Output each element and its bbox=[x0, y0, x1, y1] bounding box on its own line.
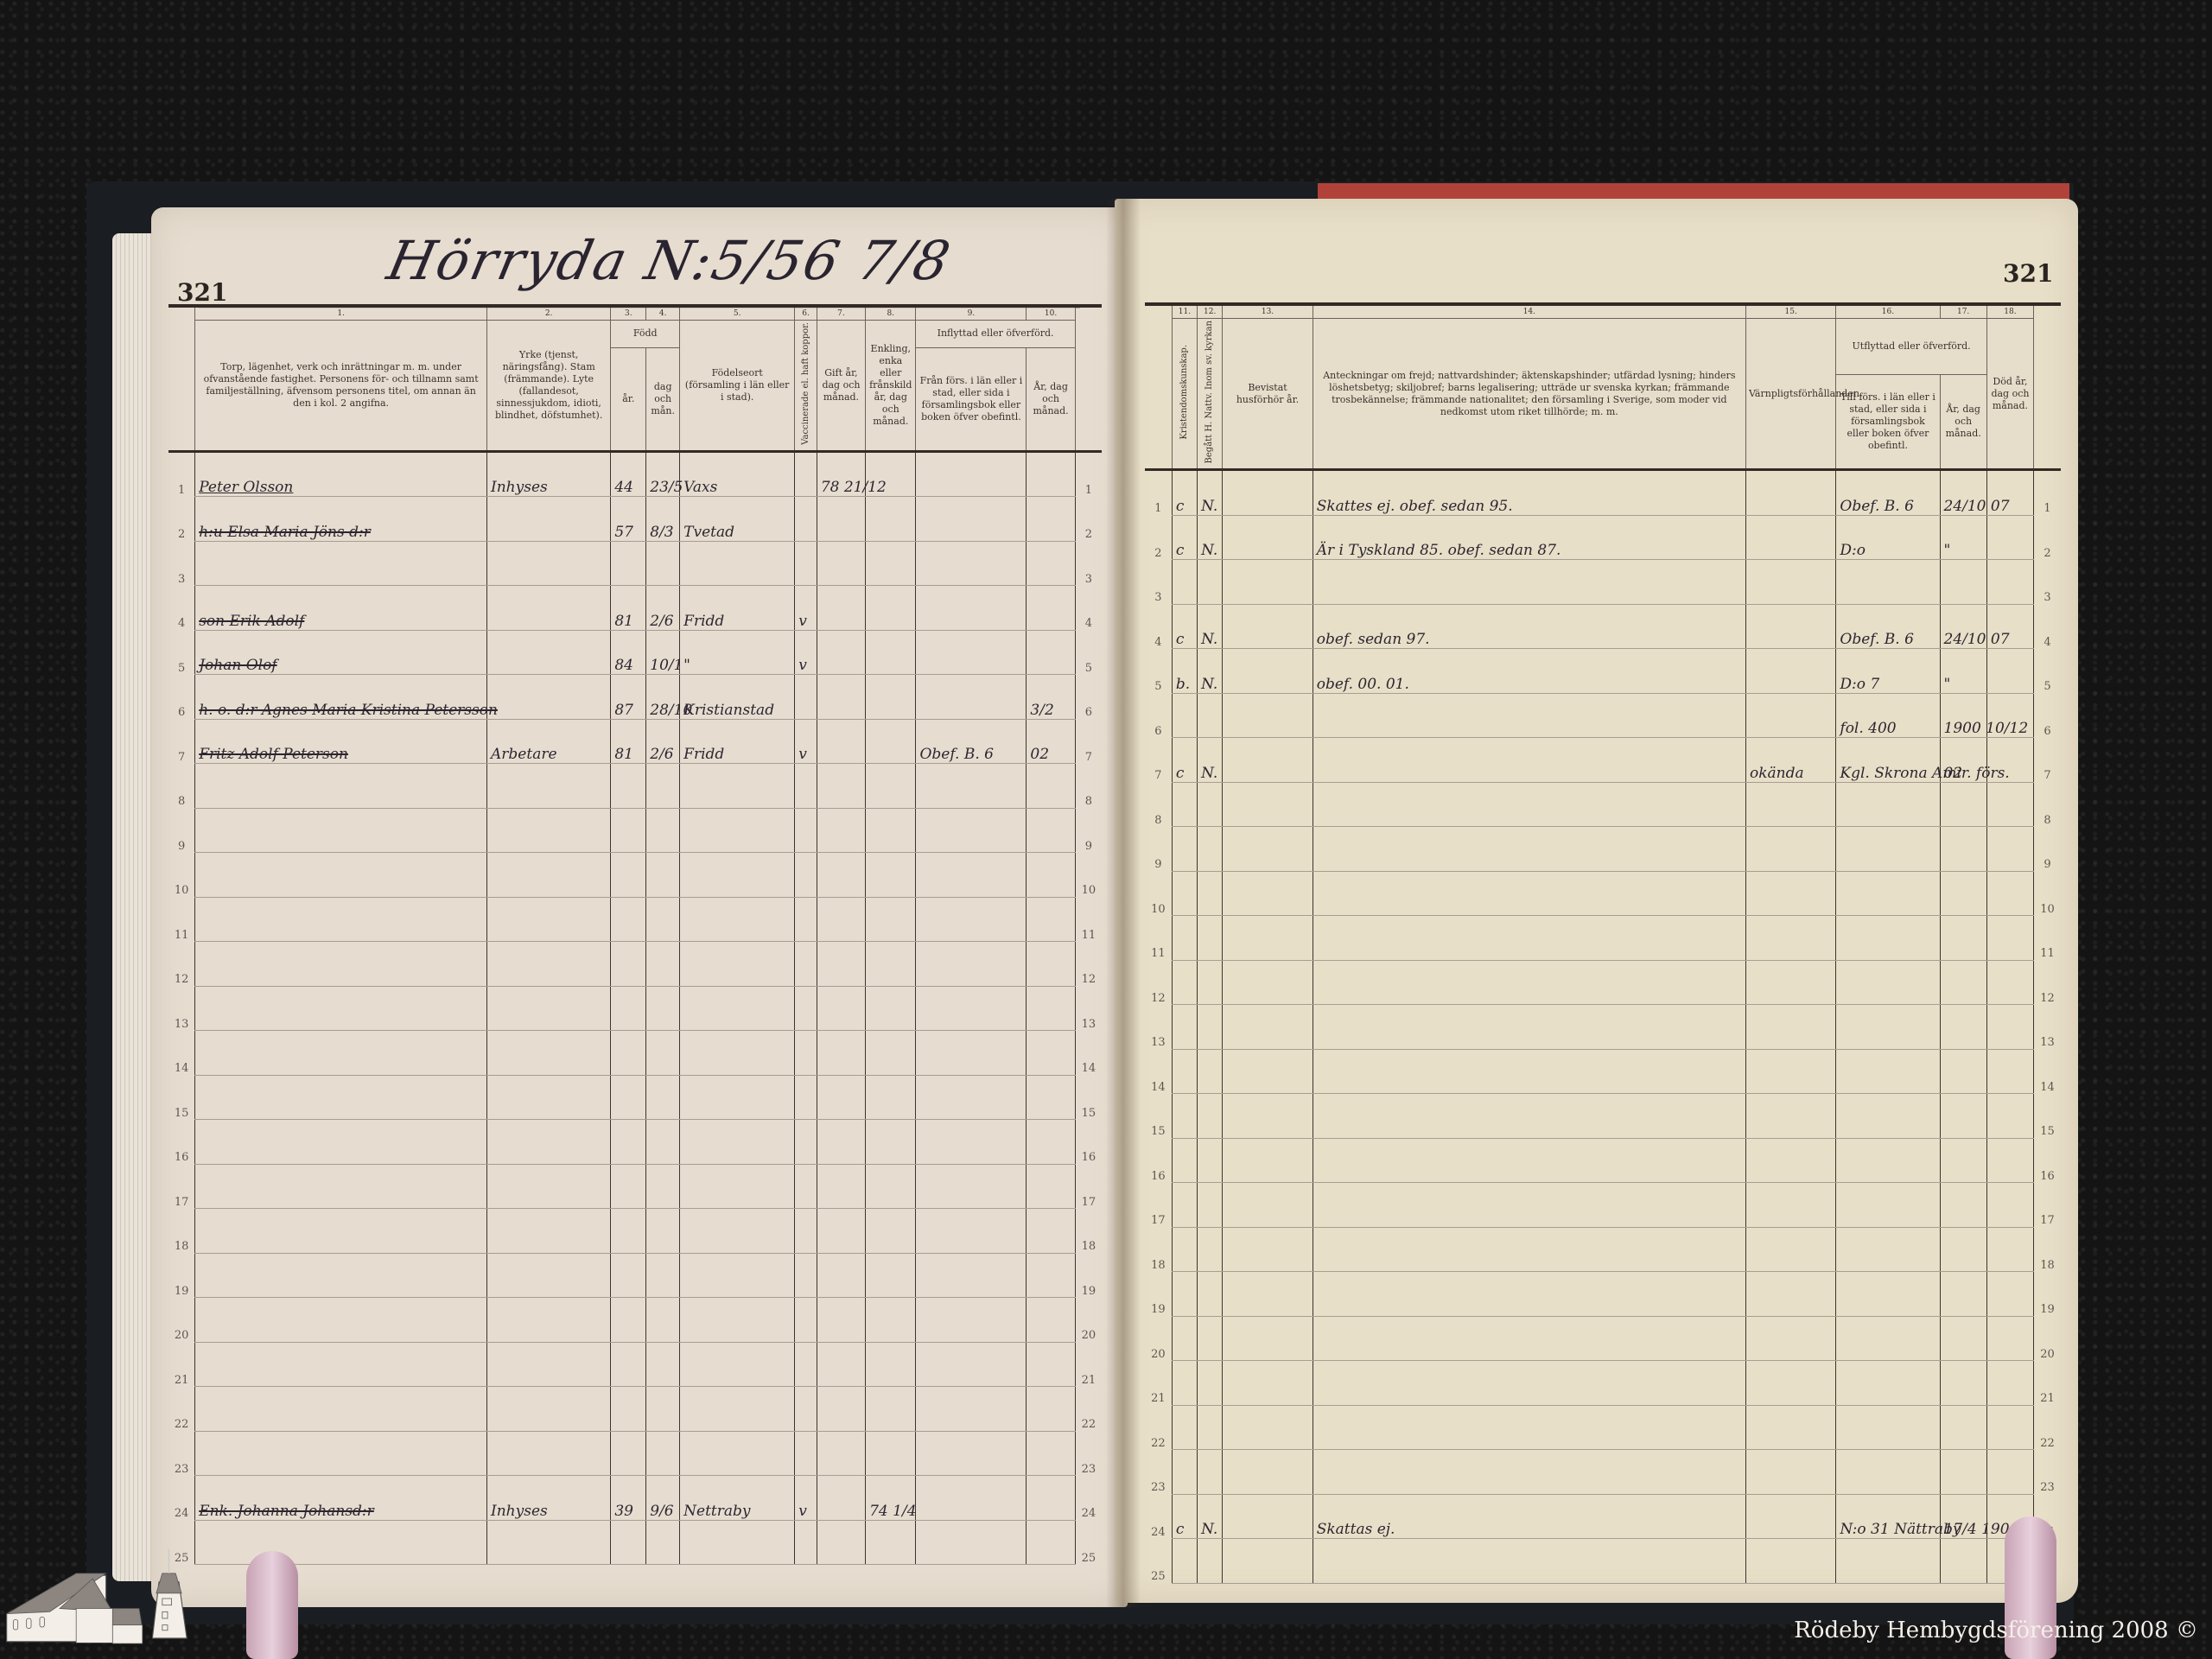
row-number: 16 bbox=[168, 1120, 195, 1165]
cell-notes bbox=[1313, 827, 1745, 872]
cell-occupation: Arbetare bbox=[487, 719, 611, 764]
row-number: 20 bbox=[1075, 1298, 1102, 1343]
cell-died bbox=[1986, 1361, 2033, 1406]
cell-notes: Skattas ej. bbox=[1313, 1494, 1745, 1539]
cell-notes bbox=[1313, 916, 1745, 961]
cell-nattv bbox=[1198, 871, 1223, 916]
cell-varnp: okända bbox=[1745, 738, 1835, 783]
cell-widowed bbox=[866, 1209, 916, 1254]
cell-vacc bbox=[795, 897, 817, 942]
row-number: 19 bbox=[1145, 1272, 1172, 1317]
col-num-9: 9. bbox=[916, 306, 1027, 321]
cell-varnp bbox=[1745, 871, 1835, 916]
cell-husf bbox=[1223, 1361, 1313, 1406]
table-row: 1717 bbox=[1145, 1183, 2061, 1228]
header-notes: Anteckningar om frejd; nattvardshinder; … bbox=[1313, 319, 1745, 470]
cell-birthplace: " bbox=[680, 630, 795, 675]
table-row: 1717 bbox=[168, 1164, 1102, 1209]
col-num-4: 4. bbox=[646, 306, 680, 321]
cell-to: D:o 7 bbox=[1836, 649, 1940, 694]
cell-varnp bbox=[1745, 1539, 1835, 1584]
row-number: 15 bbox=[2034, 1094, 2061, 1139]
cell-birthplace bbox=[680, 1298, 795, 1343]
cell-nattv bbox=[1198, 1005, 1223, 1050]
header-from-parish: Från förs. i län eller i stad, eller sid… bbox=[916, 347, 1027, 451]
cell-name bbox=[195, 808, 487, 853]
cell-to: Kgl. Skrona Amir. förs. bbox=[1836, 738, 1940, 783]
row-number: 1 bbox=[1075, 451, 1102, 497]
cell-date bbox=[1027, 853, 1075, 898]
cell-daymonth: 23/5 bbox=[646, 451, 680, 497]
cell-vacc bbox=[795, 1120, 817, 1165]
cell-occupation bbox=[487, 1298, 611, 1343]
row-number: 6 bbox=[1075, 675, 1102, 720]
cell-daymonth bbox=[646, 1031, 680, 1076]
cell-died bbox=[1986, 871, 2033, 916]
header-widowed: Enkling, enka eller frånskild år, dag oc… bbox=[866, 321, 916, 452]
header-birthplace: Födelseort (församling i län eller i sta… bbox=[680, 321, 795, 452]
cell-date: 24/10 07 bbox=[1940, 470, 1986, 516]
cell-notes bbox=[1313, 1005, 1745, 1050]
cell-husf bbox=[1223, 1405, 1313, 1450]
col-num-10: 10. bbox=[1027, 306, 1075, 321]
cell-year bbox=[611, 1342, 646, 1387]
row-number: 12 bbox=[168, 942, 195, 987]
cell-nattv bbox=[1198, 1272, 1223, 1317]
cell-krist: c bbox=[1172, 515, 1197, 560]
cell-varnp bbox=[1745, 470, 1835, 516]
row-number: 1 bbox=[1145, 470, 1172, 516]
cell-name: son Erik Adolf bbox=[195, 586, 487, 631]
cell-occupation bbox=[487, 630, 611, 675]
table-row: 99 bbox=[1145, 827, 2061, 872]
table-row: 6h. o. d:r Agnes Maria Kristina Petersso… bbox=[168, 675, 1102, 720]
cell-krist bbox=[1172, 1227, 1197, 1272]
row-number: 6 bbox=[168, 675, 195, 720]
cell-krist: c bbox=[1172, 470, 1197, 516]
col-num-17: 17. bbox=[1940, 304, 1986, 319]
table-row: 5Johan Olof8410/1"v5 bbox=[168, 630, 1102, 675]
cell-date bbox=[1027, 1031, 1075, 1076]
header-out-date: År, dag och månad. bbox=[1940, 375, 1986, 470]
table-row: 33 bbox=[168, 541, 1102, 586]
cell-year bbox=[611, 853, 646, 898]
cell-occupation: Inhyses bbox=[487, 451, 611, 497]
cell-varnp bbox=[1745, 1450, 1835, 1495]
row-number: 12 bbox=[1075, 942, 1102, 987]
cell-vacc bbox=[795, 1431, 817, 1476]
cell-date bbox=[1027, 1387, 1075, 1432]
table-row: 6fol. 4001900 10/126 bbox=[1145, 693, 2061, 738]
cell-krist bbox=[1172, 1049, 1197, 1094]
cell-date: " bbox=[1940, 649, 1986, 694]
cell-to bbox=[1836, 1272, 1940, 1317]
cell-married bbox=[817, 1075, 865, 1120]
cell-date bbox=[1027, 1342, 1075, 1387]
cell-date bbox=[1027, 630, 1075, 675]
col-num-15: 15. bbox=[1745, 304, 1835, 319]
cell-married bbox=[817, 630, 865, 675]
cell-died bbox=[1986, 1450, 2033, 1495]
cell-to: N:o 31 Nättraby bbox=[1836, 1494, 1940, 1539]
row-number: 17 bbox=[1145, 1183, 1172, 1228]
cell-vacc bbox=[795, 1387, 817, 1432]
cell-vacc bbox=[795, 1298, 817, 1343]
cell-vacc bbox=[795, 497, 817, 542]
table-row: 1818 bbox=[168, 1209, 1102, 1254]
cell-notes bbox=[1313, 782, 1745, 827]
cell-nattv bbox=[1198, 1450, 1223, 1495]
cell-date bbox=[1027, 1431, 1075, 1476]
cell-daymonth bbox=[646, 1520, 680, 1565]
cell-daymonth bbox=[646, 897, 680, 942]
cell-notes bbox=[1313, 1316, 1745, 1361]
row-number: 22 bbox=[1075, 1387, 1102, 1432]
cell-occupation bbox=[487, 897, 611, 942]
page-number-right: 321 bbox=[2003, 259, 2053, 288]
row-number: 16 bbox=[2034, 1138, 2061, 1183]
cell-varnp bbox=[1745, 1183, 1835, 1228]
cell-widowed bbox=[866, 586, 916, 631]
table-row: 24Enk. Johanna Johansd:rInhyses399/6Nett… bbox=[168, 1476, 1102, 1521]
cell-vacc bbox=[795, 1342, 817, 1387]
cell-husf bbox=[1223, 1450, 1313, 1495]
cell-to bbox=[1836, 916, 1940, 961]
cell-krist bbox=[1172, 693, 1197, 738]
cell-birthplace: Kristianstad bbox=[680, 675, 795, 720]
cell-date bbox=[1027, 1253, 1075, 1298]
row-number: 5 bbox=[1075, 630, 1102, 675]
cell-year bbox=[611, 1520, 646, 1565]
row-number: 25 bbox=[1145, 1539, 1172, 1584]
cell-year bbox=[611, 1387, 646, 1432]
cell-vacc bbox=[795, 808, 817, 853]
cell-from bbox=[916, 541, 1027, 586]
table-row: 1313 bbox=[1145, 1005, 2061, 1050]
cell-notes: Är i Tyskland 85. obef. sedan 87. bbox=[1313, 515, 1745, 560]
farm-title: Hörryda N:5/56 7/8 bbox=[382, 229, 957, 292]
table-row: 88 bbox=[168, 764, 1102, 809]
cell-died bbox=[1986, 960, 2033, 1005]
cell-nattv bbox=[1198, 1316, 1223, 1361]
row-number: 11 bbox=[1075, 897, 1102, 942]
cell-year bbox=[611, 1298, 646, 1343]
cell-to bbox=[1836, 1049, 1940, 1094]
cell-birthplace bbox=[680, 1164, 795, 1209]
row-number: 19 bbox=[168, 1253, 195, 1298]
cell-husf bbox=[1223, 604, 1313, 649]
cell-widowed bbox=[866, 675, 916, 720]
row-number: 13 bbox=[1145, 1005, 1172, 1050]
cell-varnp bbox=[1745, 827, 1835, 872]
cell-occupation bbox=[487, 1431, 611, 1476]
cell-date bbox=[1027, 451, 1075, 497]
cell-date bbox=[1940, 1094, 1986, 1139]
row-number: 5 bbox=[1145, 649, 1172, 694]
cell-krist bbox=[1172, 1361, 1197, 1406]
cell-birthplace bbox=[680, 541, 795, 586]
cell-married bbox=[817, 1520, 865, 1565]
cell-husf bbox=[1223, 738, 1313, 783]
cell-varnp bbox=[1745, 1049, 1835, 1094]
row-number: 12 bbox=[2034, 960, 2061, 1005]
cell-varnp bbox=[1745, 1272, 1835, 1317]
cell-husf bbox=[1223, 827, 1313, 872]
cell-date bbox=[1027, 1476, 1075, 1521]
cell-to bbox=[1836, 1005, 1940, 1050]
cell-date bbox=[1940, 827, 1986, 872]
cell-to bbox=[1836, 960, 1940, 1005]
cell-to bbox=[1836, 1405, 1940, 1450]
cell-from bbox=[916, 497, 1027, 542]
cell-vacc bbox=[795, 942, 817, 987]
row-number: 3 bbox=[1075, 541, 1102, 586]
cell-birthplace bbox=[680, 897, 795, 942]
cell-notes bbox=[1313, 1094, 1745, 1139]
cell-nattv bbox=[1198, 560, 1223, 605]
row-number: 18 bbox=[2034, 1227, 2061, 1272]
row-number: 13 bbox=[168, 986, 195, 1031]
header-communion: Begått H. Nattv. Inom sv. kyrkan bbox=[1204, 321, 1216, 463]
table-row: 88 bbox=[1145, 782, 2061, 827]
cell-from: Obef. B. 6 bbox=[916, 719, 1027, 764]
cell-date bbox=[1027, 1164, 1075, 1209]
cell-year: 44 bbox=[611, 451, 646, 497]
cell-widowed bbox=[866, 1387, 916, 1432]
cell-to bbox=[1836, 782, 1940, 827]
row-number: 12 bbox=[1145, 960, 1172, 1005]
cell-from bbox=[916, 1431, 1027, 1476]
cell-vacc: v bbox=[795, 719, 817, 764]
cell-nattv bbox=[1198, 1539, 1223, 1584]
cell-krist: c bbox=[1172, 1494, 1197, 1539]
cell-vacc bbox=[795, 853, 817, 898]
cell-to: D:o bbox=[1836, 515, 1940, 560]
cell-year: 84 bbox=[611, 630, 646, 675]
cell-nattv bbox=[1198, 960, 1223, 1005]
table-row: 1616 bbox=[168, 1120, 1102, 1165]
cell-date bbox=[1940, 871, 1986, 916]
cell-birthplace bbox=[680, 1031, 795, 1076]
cell-birthplace bbox=[680, 1075, 795, 1120]
cell-to bbox=[1836, 1183, 1940, 1228]
cell-krist bbox=[1172, 1138, 1197, 1183]
cell-daymonth bbox=[646, 1431, 680, 1476]
cell-date bbox=[1940, 782, 1986, 827]
cell-from bbox=[916, 764, 1027, 809]
cell-daymonth bbox=[646, 808, 680, 853]
cell-date bbox=[1027, 897, 1075, 942]
row-number: 20 bbox=[2034, 1316, 2061, 1361]
cell-daymonth: 9/6 bbox=[646, 1476, 680, 1521]
cell-krist bbox=[1172, 1316, 1197, 1361]
cell-varnp bbox=[1745, 782, 1835, 827]
cell-nattv bbox=[1198, 1094, 1223, 1139]
cell-varnp bbox=[1745, 649, 1835, 694]
cell-married bbox=[817, 1209, 865, 1254]
cell-varnp bbox=[1745, 1094, 1835, 1139]
cell-to: fol. 400 bbox=[1836, 693, 1940, 738]
cell-vacc bbox=[795, 675, 817, 720]
row-number: 14 bbox=[2034, 1049, 2061, 1094]
cell-birthplace bbox=[680, 1342, 795, 1387]
table-row: 1111 bbox=[1145, 916, 2061, 961]
cell-occupation bbox=[487, 586, 611, 631]
cell-krist bbox=[1172, 827, 1197, 872]
cell-year: 39 bbox=[611, 1476, 646, 1521]
cell-name bbox=[195, 764, 487, 809]
cell-husf bbox=[1223, 649, 1313, 694]
cell-birthplace bbox=[680, 1209, 795, 1254]
hand-finger-left bbox=[246, 1551, 298, 1659]
cell-year bbox=[611, 1120, 646, 1165]
cell-from bbox=[916, 451, 1027, 497]
cell-widowed bbox=[866, 1520, 916, 1565]
row-number: 9 bbox=[1075, 808, 1102, 853]
row-number: 25 bbox=[1075, 1520, 1102, 1565]
cell-notes bbox=[1313, 560, 1745, 605]
row-number: 24 bbox=[168, 1476, 195, 1521]
table-row: 2121 bbox=[1145, 1361, 2061, 1406]
row-number: 13 bbox=[1075, 986, 1102, 1031]
cell-nattv bbox=[1198, 782, 1223, 827]
cell-husf bbox=[1223, 1227, 1313, 1272]
cell-daymonth: 28/10 bbox=[646, 675, 680, 720]
cell-name bbox=[195, 897, 487, 942]
cell-name bbox=[195, 1031, 487, 1076]
row-number: 14 bbox=[1075, 1031, 1102, 1076]
cell-widowed bbox=[866, 1342, 916, 1387]
cell-occupation bbox=[487, 1120, 611, 1165]
col-num-5: 5. bbox=[680, 306, 795, 321]
row-number: 3 bbox=[168, 541, 195, 586]
cell-widowed bbox=[866, 986, 916, 1031]
cell-notes bbox=[1313, 1227, 1745, 1272]
row-number: 22 bbox=[168, 1387, 195, 1432]
row-number: 4 bbox=[1145, 604, 1172, 649]
page-number-left: 321 bbox=[177, 278, 227, 307]
table-row: 2222 bbox=[1145, 1405, 2061, 1450]
cell-krist bbox=[1172, 1539, 1197, 1584]
cell-died bbox=[1986, 827, 2033, 872]
row-number: 2 bbox=[1145, 515, 1172, 560]
col-num-16: 16. bbox=[1836, 304, 1940, 319]
table-row: 4cN.obef. sedan 97.Obef. B. 624/10 074 bbox=[1145, 604, 2061, 649]
cell-daymonth bbox=[646, 1209, 680, 1254]
cell-husf bbox=[1223, 1183, 1313, 1228]
cell-married bbox=[817, 1253, 865, 1298]
cell-date bbox=[1940, 560, 1986, 605]
cell-husf bbox=[1223, 782, 1313, 827]
cell-from bbox=[916, 808, 1027, 853]
cell-married bbox=[817, 1476, 865, 1521]
row-number: 18 bbox=[1145, 1227, 1172, 1272]
cell-nattv bbox=[1198, 1405, 1223, 1450]
cell-widowed bbox=[866, 719, 916, 764]
cell-to bbox=[1836, 1227, 1940, 1272]
row-number: 23 bbox=[2034, 1450, 2061, 1495]
cell-nattv bbox=[1198, 1049, 1223, 1094]
cell-widowed bbox=[866, 853, 916, 898]
row-number: 1 bbox=[168, 451, 195, 497]
cell-husf bbox=[1223, 1272, 1313, 1317]
cell-notes bbox=[1313, 693, 1745, 738]
cell-nattv bbox=[1198, 1183, 1223, 1228]
row-number: 8 bbox=[1075, 764, 1102, 809]
cell-date bbox=[1940, 916, 1986, 961]
table-row: 1010 bbox=[1145, 871, 2061, 916]
row-number: 23 bbox=[1145, 1450, 1172, 1495]
cell-vacc: v bbox=[795, 1476, 817, 1521]
cell-widowed bbox=[866, 942, 916, 987]
row-number: 20 bbox=[1145, 1316, 1172, 1361]
cell-varnp bbox=[1745, 1138, 1835, 1183]
cell-nattv bbox=[1198, 1227, 1223, 1272]
cell-birthplace bbox=[680, 942, 795, 987]
cell-from bbox=[916, 1209, 1027, 1254]
cell-date bbox=[1940, 1361, 1986, 1406]
table-row: 1010 bbox=[168, 853, 1102, 898]
table-row: 2020 bbox=[1145, 1316, 2061, 1361]
cell-year bbox=[611, 1075, 646, 1120]
cell-married: 78 21/12 bbox=[817, 451, 865, 497]
cell-name bbox=[195, 1520, 487, 1565]
row-number: 19 bbox=[1075, 1253, 1102, 1298]
cell-died bbox=[1986, 604, 2033, 649]
cell-from bbox=[916, 853, 1027, 898]
cell-occupation bbox=[487, 1387, 611, 1432]
cell-died bbox=[1986, 1138, 2033, 1183]
cell-date: 24/10 07 bbox=[1940, 604, 1986, 649]
cell-vacc bbox=[795, 1520, 817, 1565]
cell-died bbox=[1986, 515, 2033, 560]
cell-husf bbox=[1223, 515, 1313, 560]
cell-name bbox=[195, 541, 487, 586]
cell-husf bbox=[1223, 1316, 1313, 1361]
cell-from bbox=[916, 1120, 1027, 1165]
cell-died bbox=[1986, 1272, 2033, 1317]
cell-widowed bbox=[866, 497, 916, 542]
cell-married bbox=[817, 853, 865, 898]
cell-married bbox=[817, 1387, 865, 1432]
header-military: Värnpligtsförhållanden. bbox=[1745, 319, 1835, 470]
cell-krist: c bbox=[1172, 604, 1197, 649]
cell-daymonth bbox=[646, 942, 680, 987]
cell-krist bbox=[1172, 960, 1197, 1005]
col-num-12: 12. bbox=[1198, 304, 1223, 319]
table-row: 1616 bbox=[1145, 1138, 2061, 1183]
cell-husf bbox=[1223, 1094, 1313, 1139]
cell-married bbox=[817, 675, 865, 720]
cell-date bbox=[1027, 497, 1075, 542]
cell-daymonth: 2/6 bbox=[646, 586, 680, 631]
cell-date bbox=[1027, 1298, 1075, 1343]
cell-krist bbox=[1172, 916, 1197, 961]
cell-birthplace bbox=[680, 1431, 795, 1476]
table-row: 2525 bbox=[168, 1520, 1102, 1565]
cell-to: Obef. B. 6 bbox=[1836, 604, 1940, 649]
cell-husf bbox=[1223, 1138, 1313, 1183]
col-num-3: 3. bbox=[611, 306, 646, 321]
cell-date bbox=[1940, 1539, 1986, 1584]
cell-notes bbox=[1313, 960, 1745, 1005]
cell-from bbox=[916, 1075, 1027, 1120]
cell-daymonth bbox=[646, 764, 680, 809]
cell-birthplace bbox=[680, 1520, 795, 1565]
cell-notes bbox=[1313, 1272, 1745, 1317]
col-num-6: 6. bbox=[795, 306, 817, 321]
header-person: Torp, lägenhet, verk och inrättningar m.… bbox=[195, 321, 487, 452]
